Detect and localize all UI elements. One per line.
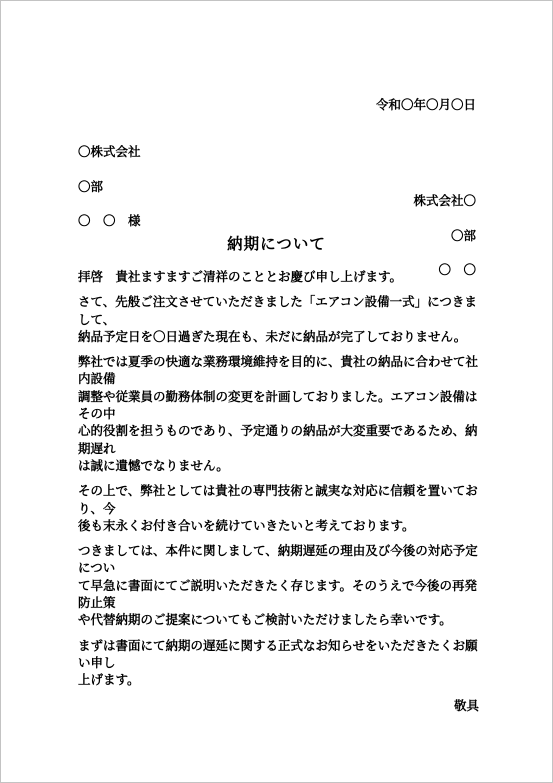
letter-page: 令和〇年〇月〇日 〇株式会社 〇部 〇 〇 様 株式会社〇 〇部 〇 〇 納期に… <box>0 0 553 783</box>
recipient-department: 〇部 <box>78 178 141 195</box>
body-paragraph-trust: その上で、弊社としては貴社の専門技術と誠実な対応に信頼を置いており、今 後も末永… <box>78 482 479 534</box>
letter-date: 令和〇年〇月〇日 <box>376 96 476 113</box>
recipient-name: 〇 〇 様 <box>78 212 141 229</box>
letter-body: 拝啓 貴社ますますご清祥のこととお慶び申し上げます。 さて、先般ご注文させていた… <box>78 268 479 714</box>
body-paragraph-request: つきましては、本件に関しまして、納期遅延の理由及び今後の対応予定につい て早急に… <box>78 542 479 628</box>
closing-word: 敬具 <box>78 697 479 714</box>
recipient-company: 〇株式会社 <box>78 143 141 160</box>
body-paragraph-conclusion: まずは書面にて納期の遅延に関する正式なお知らせをいただきたくお願い申し 上げます… <box>78 637 479 689</box>
body-paragraph-greeting: 拝啓 貴社ますますご清祥のこととお慶び申し上げます。 <box>78 268 479 285</box>
body-paragraph-issue: さて、先般ご注文させていただきました「エアコン設備一式」につきまして、 納品予定… <box>78 293 479 345</box>
body-paragraph-impact: 弊社では夏季の快適な業務環境維持を目的に、貴社の納品に合わせて社内設備 調整や従… <box>78 353 479 474</box>
letter-title: 納期について <box>1 234 552 254</box>
sender-company: 株式会社〇 <box>413 192 476 209</box>
recipient-block: 〇株式会社 〇部 〇 〇 様 <box>78 126 141 247</box>
